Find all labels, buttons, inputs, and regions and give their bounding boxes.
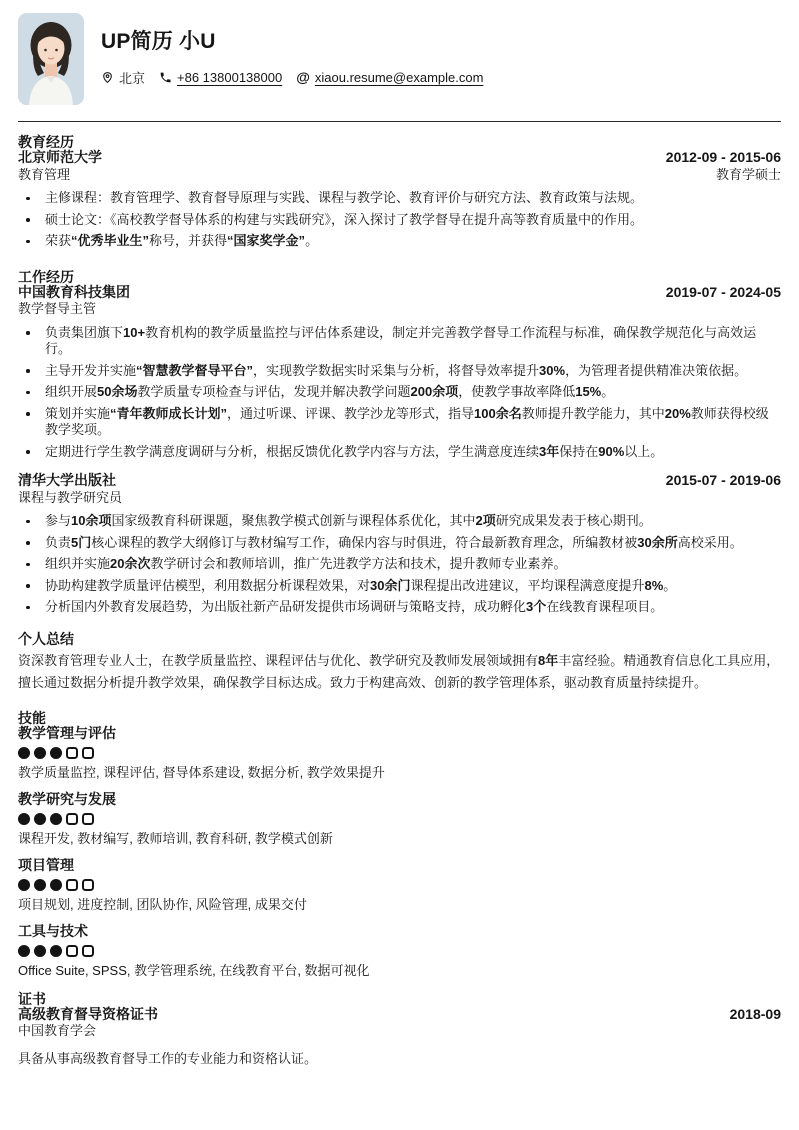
bullet-text: 策划并实施“青年教师成长计划”，通过听课、评课、教学沙龙等形式，指导100余名教… [45,406,769,438]
resume-entry: 中国教育科技集团2019-07 - 2024-05教学督导主管负责集团旗下10+… [18,285,781,461]
skill-block: 教学管理与评估教学质量监控, 课程评估, 督导体系建设, 数据分析, 教学效果提… [18,726,781,780]
bullet-text: 分析国内外教育发展趋势，为出版社新产品研发提供市场调研与策略支持，成功孵化3个在… [45,599,663,614]
bullet-dot-icon [26,584,30,588]
bullet-dot-icon [26,331,30,335]
skill-dot-filled-icon [34,813,46,825]
entry-subtitle-row: 教育管理教育学硕士 [18,167,781,183]
bullet-item: 主修课程：教育管理学、教育督导原理与实践、课程与教学论、教育评价与研究方法、教育… [18,190,781,207]
skill-block: 教学研究与发展课程开发, 教材编写, 教师培训, 教育科研, 教学模式创新 [18,792,781,846]
resume-entry: 清华大学出版社2015-07 - 2019-06课程与教学研究员参与10余项国家… [18,473,781,616]
phone-icon [159,71,172,84]
bullet-dot-icon [26,218,30,222]
contact-phone: +86 13800138000 [159,70,282,85]
skill-level-dots [18,747,781,759]
bullet-text: 负责集团旗下10+教育机构的教学质量监控与评估体系建设，制定并完善教学督导工作流… [45,325,756,357]
skill-dot-filled-icon [34,879,46,891]
bullet-text: 硕士论文：《高校教学督导体系的构建与实践研究》，深入探讨了教学督导在提升高等教育… [45,212,643,227]
skill-keywords: 教学质量监控, 课程评估, 督导体系建设, 数据分析, 教学效果提升 [18,765,781,780]
organization-name: 高级教育督导资格证书 [18,1007,158,1023]
bullet-text: 负责5门核心课程的教学大纲修订与教材编写工作，确保内容与时俱进，符合最新教育理念… [45,535,743,550]
skill-name: 工具与技术 [18,924,781,939]
skill-level-dots [18,813,781,825]
skill-name: 项目管理 [18,858,781,873]
date-range: 2012-09 - 2015-06 [666,150,781,166]
bullet-text: 协助构建教学质量评估模型，利用数据分析课程效果，对30余门课程提出改进建议，平均… [45,578,676,593]
work-section-title: 工作经历 [18,270,781,285]
bullet-dot-icon [26,240,30,244]
skill-name: 教学研究与发展 [18,792,781,807]
skill-dot-filled-icon [50,747,62,759]
contact-email: xiaou.resume@example.com [296,70,483,85]
page-content: UP简历 小U 北京 +86 13800138000 [0,0,799,1067]
bullet-item: 参与10余项国家级教育科研课题，聚焦教学模式创新与课程体系优化，其中2项研究成果… [18,513,781,530]
bullet-list: 负责集团旗下10+教育机构的教学质量监控与评估体系建设，制定并完善教学督导工作流… [18,325,781,461]
bullet-dot-icon [26,450,30,454]
skill-dot-empty-icon [82,945,94,957]
bullet-dot-icon [26,541,30,545]
certificates-section: 证书 高级教育督导资格证书2018-09中国教育学会具备从事高级教育督导工作的专… [18,992,781,1067]
education-section-title: 教育经历 [18,135,781,150]
resume-entry: 高级教育督导资格证书2018-09中国教育学会具备从事高级教育督导工作的专业能力… [18,1007,781,1067]
date-range: 2018-09 [730,1007,781,1023]
date-range: 2015-07 - 2019-06 [666,473,781,489]
bullet-dot-icon [26,391,30,395]
bullet-item: 主导开发并实施“智慧教学督导平台”，实现教学数据实时采集与分析，将督导效率提升3… [18,363,781,380]
bullet-text: 组织并实施20余次教学研讨会和教师培训，推广先进教学方法和技术，提升教师专业素养… [45,556,567,571]
entry-header-row: 中国教育科技集团2019-07 - 2024-05 [18,285,781,301]
resume-page: { "header": { "name": "UP简历 小U", "contac… [0,0,799,1130]
organization-name: 中国教育科技集团 [18,285,130,301]
skills-section: 技能 教学管理与评估教学质量监控, 课程评估, 督导体系建设, 数据分析, 教学… [18,711,781,978]
certificates-section-title: 证书 [18,992,781,1007]
skill-name: 教学管理与评估 [18,726,781,741]
bullet-text: 定期进行学生教学满意度调研与分析，根据反馈优化教学内容与方法，学生满意度连续3年… [45,444,663,459]
bullet-dot-icon [26,412,30,416]
skill-keywords: 课程开发, 教材编写, 教师培训, 教育科研, 教学模式创新 [18,831,781,846]
date-range: 2019-07 - 2024-05 [666,285,781,301]
skill-dot-filled-icon [18,945,30,957]
skill-keywords: Office Suite, SPSS, 教学管理系统, 在线教育平台, 数据可视… [18,963,781,978]
bullet-text: 组织开展50余场教学质量专项检查与评估，发现并解决教学问题200余项，使教学事故… [45,384,614,399]
bullet-item: 负责集团旗下10+教育机构的教学质量监控与评估体系建设，制定并完善教学督导工作流… [18,325,781,358]
entry-subtitle-row: 中国教育学会 [18,1023,781,1039]
skill-dot-filled-icon [18,879,30,891]
bullet-dot-icon [26,606,30,610]
skill-keywords: 项目规划, 进度控制, 团队协作, 风险管理, 成果交付 [18,897,781,912]
skill-dot-empty-icon [82,747,94,759]
role-title: 中国教育学会 [18,1023,96,1039]
bullet-dot-icon [26,197,30,201]
entry-subtitle-row: 课程与教学研究员 [18,490,781,506]
profile-photo-illustration [18,13,84,105]
skill-dot-empty-icon [82,879,94,891]
entry-header-row: 北京师范大学2012-09 - 2015-06 [18,150,781,166]
skill-dot-empty-icon [66,879,78,891]
skill-dot-filled-icon [34,945,46,957]
bullet-item: 组织开展50余场教学质量专项检查与评估，发现并解决教学问题200余项，使教学事故… [18,384,781,401]
certificate-entries: 高级教育督导资格证书2018-09中国教育学会具备从事高级教育督导工作的专业能力… [18,1007,781,1067]
bullet-text: 荣获“优秀毕业生”称号，并获得“国家奖学金”。 [45,233,318,248]
organization-name: 北京师范大学 [18,150,102,166]
location-text: 北京 [119,68,145,87]
phone-link[interactable]: +86 13800138000 [177,70,282,85]
bullet-dot-icon [26,520,30,524]
skill-dot-filled-icon [18,813,30,825]
certificate-description: 具备从事高级教育督导工作的专业能力和资格认证。 [18,1051,781,1067]
skill-block: 工具与技术Office Suite, SPSS, 教学管理系统, 在线教育平台,… [18,924,781,978]
skill-dot-filled-icon [50,813,62,825]
work-section: 工作经历 中国教育科技集团2019-07 - 2024-05教学督导主管负责集团… [18,270,781,616]
candidate-name: UP简历 小U [101,29,483,55]
bullet-list: 参与10余项国家级教育科研课题，聚焦教学模式创新与课程体系优化，其中2项研究成果… [18,513,781,616]
skill-level-dots [18,945,781,957]
bullet-item: 策划并实施“青年教师成长计划”，通过听课、评课、教学沙龙等形式，指导100余名教… [18,406,781,439]
skills-list: 教学管理与评估教学质量监控, 课程评估, 督导体系建设, 数据分析, 教学效果提… [18,726,781,978]
degree-label: 教育学硕士 [716,167,781,183]
entry-header-row: 清华大学出版社2015-07 - 2019-06 [18,473,781,489]
education-section: 教育经历 北京师范大学2012-09 - 2015-06教育管理教育学硕士主修课… [18,135,781,250]
role-title: 课程与教学研究员 [18,490,122,506]
role-title: 教育管理 [18,167,70,183]
skills-section-title: 技能 [18,711,781,726]
contact-location: 北京 [101,68,145,87]
skill-dot-filled-icon [18,747,30,759]
skill-level-dots [18,879,781,891]
skill-dot-filled-icon [50,879,62,891]
skill-block: 项目管理项目规划, 进度控制, 团队协作, 风险管理, 成果交付 [18,858,781,912]
bullet-item: 负责5门核心课程的教学大纲修订与教材编写工作，确保内容与时俱进，符合最新教育理念… [18,535,781,552]
work-entries: 中国教育科技集团2019-07 - 2024-05教学督导主管负责集团旗下10+… [18,285,781,616]
skill-dot-empty-icon [82,813,94,825]
summary-section-title: 个人总结 [18,632,781,647]
bullet-item: 荣获“优秀毕业生”称号，并获得“国家奖学金”。 [18,233,781,250]
profile-photo [18,13,84,105]
skill-dot-empty-icon [66,813,78,825]
summary-section: 个人总结 资深教育管理专业人士，在教学质量监控、课程评估与优化、教学研究及教师发… [18,632,781,695]
skill-dot-filled-icon [34,747,46,759]
header-identity: UP简历 小U 北京 +86 13800138000 [101,13,483,87]
bullet-item: 分析国内外教育发展趋势，为出版社新产品研发提供市场调研与策略支持，成功孵化3个在… [18,599,781,616]
bullet-dot-icon [26,563,30,567]
summary-text: 资深教育管理专业人士，在教学质量监控、课程评估与优化、教学研究及教师发展领域拥有… [18,650,781,695]
entry-subtitle-row: 教学督导主管 [18,301,781,317]
bullet-text: 参与10余项国家级教育科研课题，聚焦教学模式创新与课程体系优化，其中2项研究成果… [45,513,652,528]
bullet-text: 主导开发并实施“智慧教学督导平台”，实现教学数据实时采集与分析，将督导效率提升3… [45,363,747,378]
header: UP简历 小U 北京 +86 13800138000 [18,13,781,105]
role-title: 教学督导主管 [18,301,96,317]
bullet-item: 硕士论文：《高校教学督导体系的构建与实践研究》，深入探讨了教学督导在提升高等教育… [18,212,781,229]
bullet-item: 组织并实施20余次教学研讨会和教师培训，推广先进教学方法和技术，提升教师专业素养… [18,556,781,573]
email-link[interactable]: xiaou.resume@example.com [315,70,484,85]
resume-entry: 北京师范大学2012-09 - 2015-06教育管理教育学硕士主修课程：教育管… [18,150,781,250]
organization-name: 清华大学出版社 [18,473,116,489]
bullet-item: 定期进行学生教学满意度调研与分析，根据反馈优化教学内容与方法，学生满意度连续3年… [18,444,781,461]
education-entries: 北京师范大学2012-09 - 2015-06教育管理教育学硕士主修课程：教育管… [18,150,781,250]
location-pin-icon [101,71,114,84]
skill-dot-empty-icon [66,747,78,759]
header-divider [18,121,781,122]
entry-header-row: 高级教育督导资格证书2018-09 [18,1007,781,1023]
contact-row: 北京 +86 13800138000 xiaou.resume@example.… [101,68,483,87]
bullet-text: 主修课程：教育管理学、教育督导原理与实践、课程与教学论、教育评价与研究方法、教育… [45,190,643,205]
bullet-dot-icon [26,369,30,373]
skill-dot-empty-icon [66,945,78,957]
bullet-item: 协助构建教学质量评估模型，利用数据分析课程效果，对30余门课程提出改进建议，平均… [18,578,781,595]
at-sign-icon [296,71,310,84]
bullet-list: 主修课程：教育管理学、教育督导原理与实践、课程与教学论、教育评价与研究方法、教育… [18,190,781,250]
skill-dot-filled-icon [50,945,62,957]
